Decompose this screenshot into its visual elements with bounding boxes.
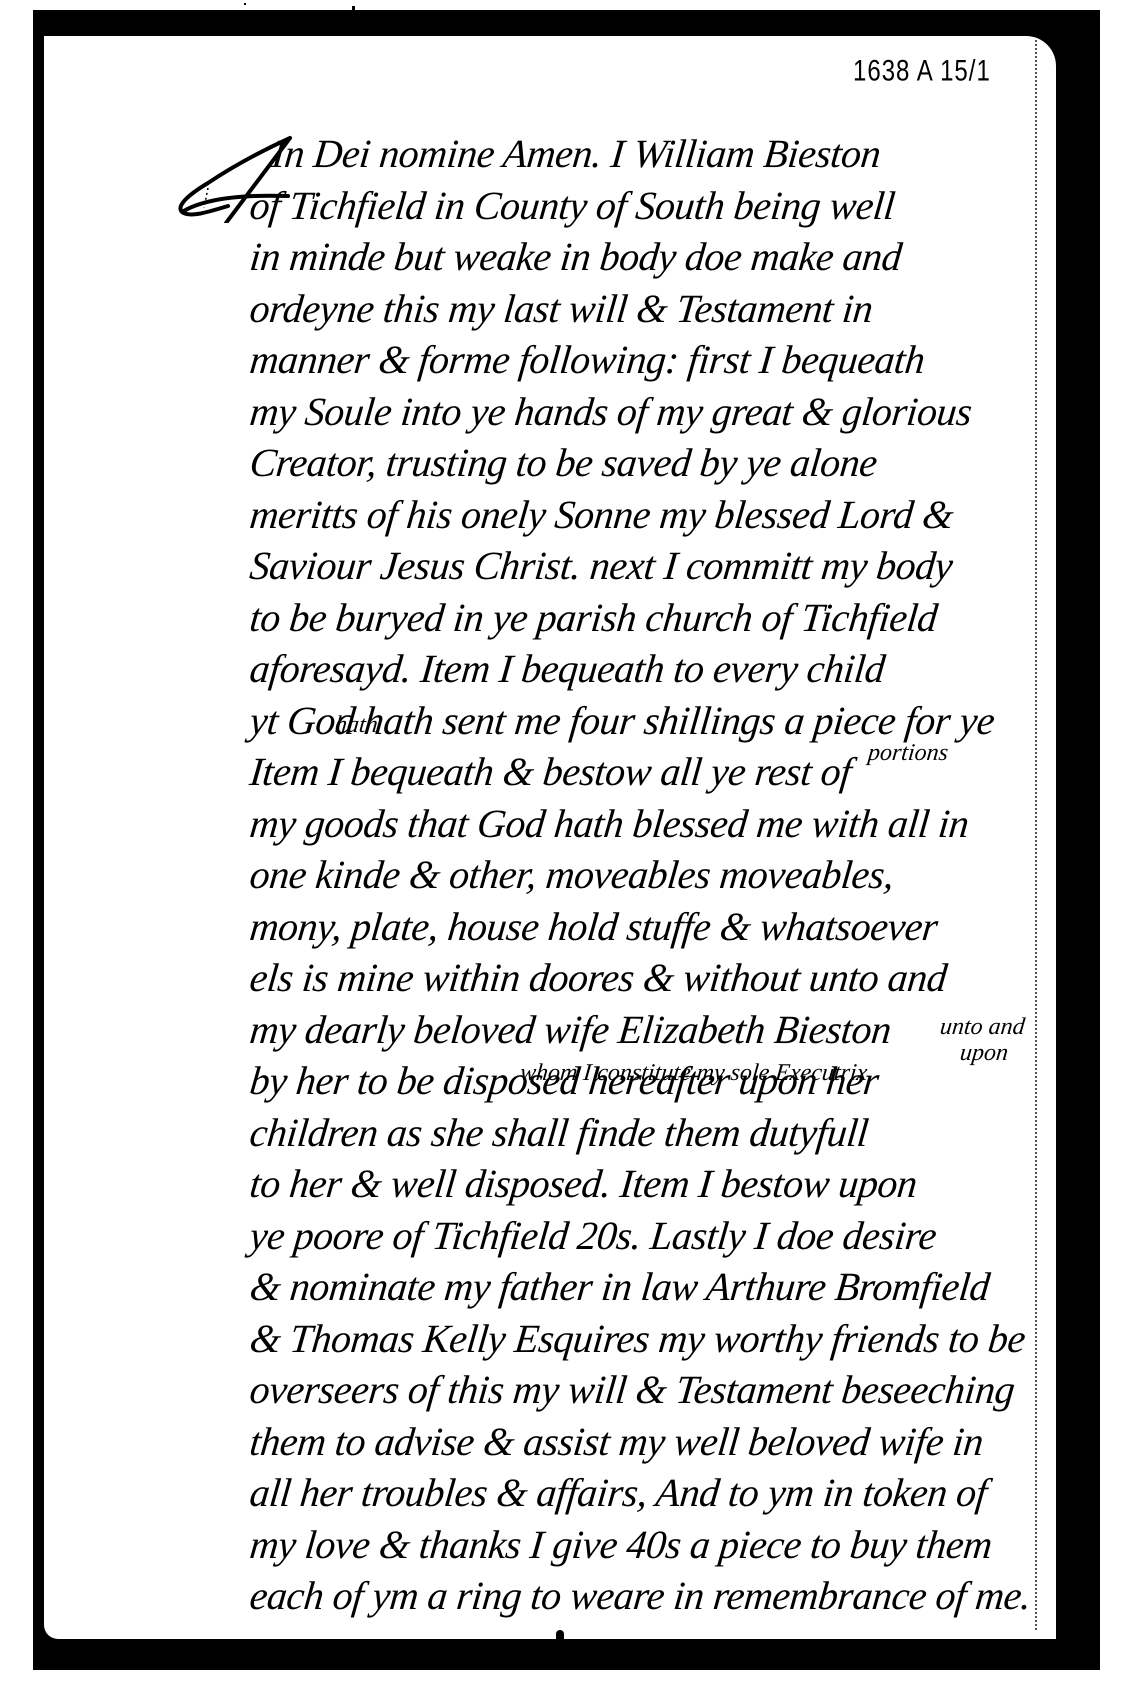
text-line: mony, plate, house hold stuffe & whatsoe… xyxy=(247,901,1082,953)
interlinear-note: whom I constitute my sole Executrix xyxy=(519,1060,869,1087)
interlinear-note: upon xyxy=(959,1040,1010,1067)
text-line: children as she shall finde them dutyful… xyxy=(247,1107,1082,1159)
text-line: In Dei nomine Amen. I William Bieston xyxy=(247,128,1082,180)
text-line: & Thomas Kelly Esquires my worthy friend… xyxy=(247,1313,1082,1365)
text-line: all her troubles & affairs, And to ym in… xyxy=(247,1467,1082,1519)
scan-speck xyxy=(244,3,246,5)
text-line: els is mine within doores & without unto… xyxy=(247,952,1082,1004)
text-line: manner & forme following: first I bequea… xyxy=(247,334,1082,386)
text-line: my Soule into ye hands of my great & glo… xyxy=(247,386,1082,438)
text-line: in minde but weake in body doe make and xyxy=(247,231,1082,283)
text-line: & nominate my father in law Arthure Brom… xyxy=(247,1261,1082,1313)
text-line: overseers of this my will & Testament be… xyxy=(247,1364,1082,1416)
text-line: ye poore of Tichfield 20s. Lastly I doe … xyxy=(247,1210,1082,1262)
text-line: ordeyne this my last will & Testament in xyxy=(247,283,1082,335)
text-line: Saviour Jesus Christ. next I committ my … xyxy=(247,540,1082,592)
interlinear-note: unto and xyxy=(939,1014,1027,1041)
text-line: my goods that God hath blessed me with a… xyxy=(247,798,1082,850)
text-line: of Tichfield in County of South being we… xyxy=(247,180,1082,232)
text-line: to her & well disposed. Item I bestow up… xyxy=(247,1158,1082,1210)
text-line: to be buryed in ye parish church of Tich… xyxy=(247,592,1082,644)
scan-speck xyxy=(556,1630,564,1658)
text-line: aforesayd. Item I bequeath to every chil… xyxy=(247,643,1082,695)
interlinear-note: hath xyxy=(334,712,380,739)
text-line: them to advise & assist my well beloved … xyxy=(247,1416,1082,1468)
will-text: In Dei nomine Amen. I William Bieston of… xyxy=(250,128,1080,1622)
text-line: my love & thanks I give 40s a piece to b… xyxy=(247,1519,1082,1571)
text-line: Creator, trusting to be saved by ye alon… xyxy=(247,437,1082,489)
text-line: each of ym a ring to weare in remembranc… xyxy=(247,1570,1082,1622)
scan-speck xyxy=(352,6,355,10)
text-line: Item I bequeath & bestow all ye rest of xyxy=(247,746,1082,798)
archive-reference: 1638 A 15/1 xyxy=(853,54,991,89)
interlinear-note: portions xyxy=(867,740,950,767)
text-line: one kinde & other, moveables moveables, xyxy=(247,849,1082,901)
text-line: meritts of his onely Sonne my blessed Lo… xyxy=(247,489,1082,541)
